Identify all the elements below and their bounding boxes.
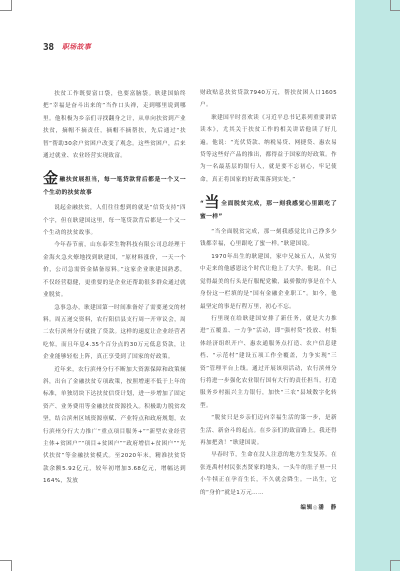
paragraph: “当全面脱贫完成，那一刻我感觉比自己挣多少钱都幸福，心里跟吃了蜜一样。”耿建国说… [200, 226, 337, 251]
paragraph-continued: 财政贴息扶贫贷款7940万元，帮扶贫困人口1605户。 [200, 87, 337, 112]
paragraph: 1970年出生的耿建国，家中兄妹五人，从贫穷中走来的他感恩这个时代让他上了大学。… [200, 251, 337, 313]
paragraph: 今年春节前，山东泰荣生物科技有限公司总经理于金海火急火燎地找到耿建国，“原材料涨… [43, 239, 186, 301]
page-header: 38 职场故事 [43, 40, 91, 54]
subheading-dropcap: 当 [204, 193, 220, 211]
paragraph: “脱贫只是乡亲们迈向幸福生活的第一步，是新生活、新奋斗的起点。在乡亲们的致富路上… [200, 412, 337, 449]
crop-mark-bottom-left [0, 560, 12, 571]
article-column-right: 财政贴息扶贫贷款7940万元，帮扶贫困人口1605户。 耿建国平时喜欢读《习近平… [200, 87, 337, 514]
subheading: 金融扶贫展担当，每一笔贷款背后都是一个又一个生动的扶贫故事 [43, 172, 186, 199]
paragraph: 早春时节，生命在没人注意的地方生发复苏。在张连禹村村民张杰贤家的地头，一头牛的肚… [200, 449, 337, 499]
section-label: 职场故事 [62, 42, 91, 52]
paragraph: 近年来，农行滨州分行不断加大资源保障和政策倾斜，出台了金融扶贫专项政策，按照增速… [43, 364, 186, 488]
paragraph: 说起金融扶贫，人们往往想到的就是“信贷支持”四个字，但在耿建国这里，每一笔贷款背… [43, 202, 186, 239]
subheading-text: 融扶贫展担当，每一笔贷款背后都是一个又一个生动的扶贫故事 [43, 177, 186, 195]
editor-byline: 编辑◎潘 静 [200, 502, 337, 514]
teal-side-strip [355, 0, 400, 571]
byline-role: 编辑 [301, 505, 313, 511]
paragraph: 急事急办，耿建国第一时间准备好了需要递交的材料。周五递交资料，农行阳信县支行周一… [43, 302, 186, 364]
crop-mark-bottom-right [390, 560, 400, 571]
crop-mark-top-left [0, 0, 12, 11]
crop-mark-top-right [390, 0, 400, 11]
byline-name: 潘 静 [318, 505, 337, 511]
subheading-dropcap: 金 [43, 169, 59, 187]
paragraph: 耿建国平时喜欢读《习近平总书记系列重要讲话读本》，尤其关于扶贫工作的相关讲话他读… [200, 112, 337, 186]
subheading-text: 全面脱贫完成，那一刻我感觉心里跟吃了蜜一样” [200, 201, 337, 219]
article-column-left: 扶贫工作既要富口袋，也要富脑袋。耿建国始终把“幸福是奋斗出来的”当作口头禅，走到… [43, 88, 186, 488]
subheading: “当全面脱贫完成，那一刻我感觉心里跟吃了蜜一样” [200, 196, 337, 223]
page-number: 38 [43, 42, 54, 53]
paragraph: 扶贫工作既要富口袋，也要富脑袋。耿建国始终把“幸福是奋斗出来的”当作口头禅，走到… [43, 88, 186, 162]
paragraph: 行里现在给耿建国安排了新任务，就是大力推进“五覆盖、一力争”活动，即“强村贷”投… [200, 313, 337, 412]
